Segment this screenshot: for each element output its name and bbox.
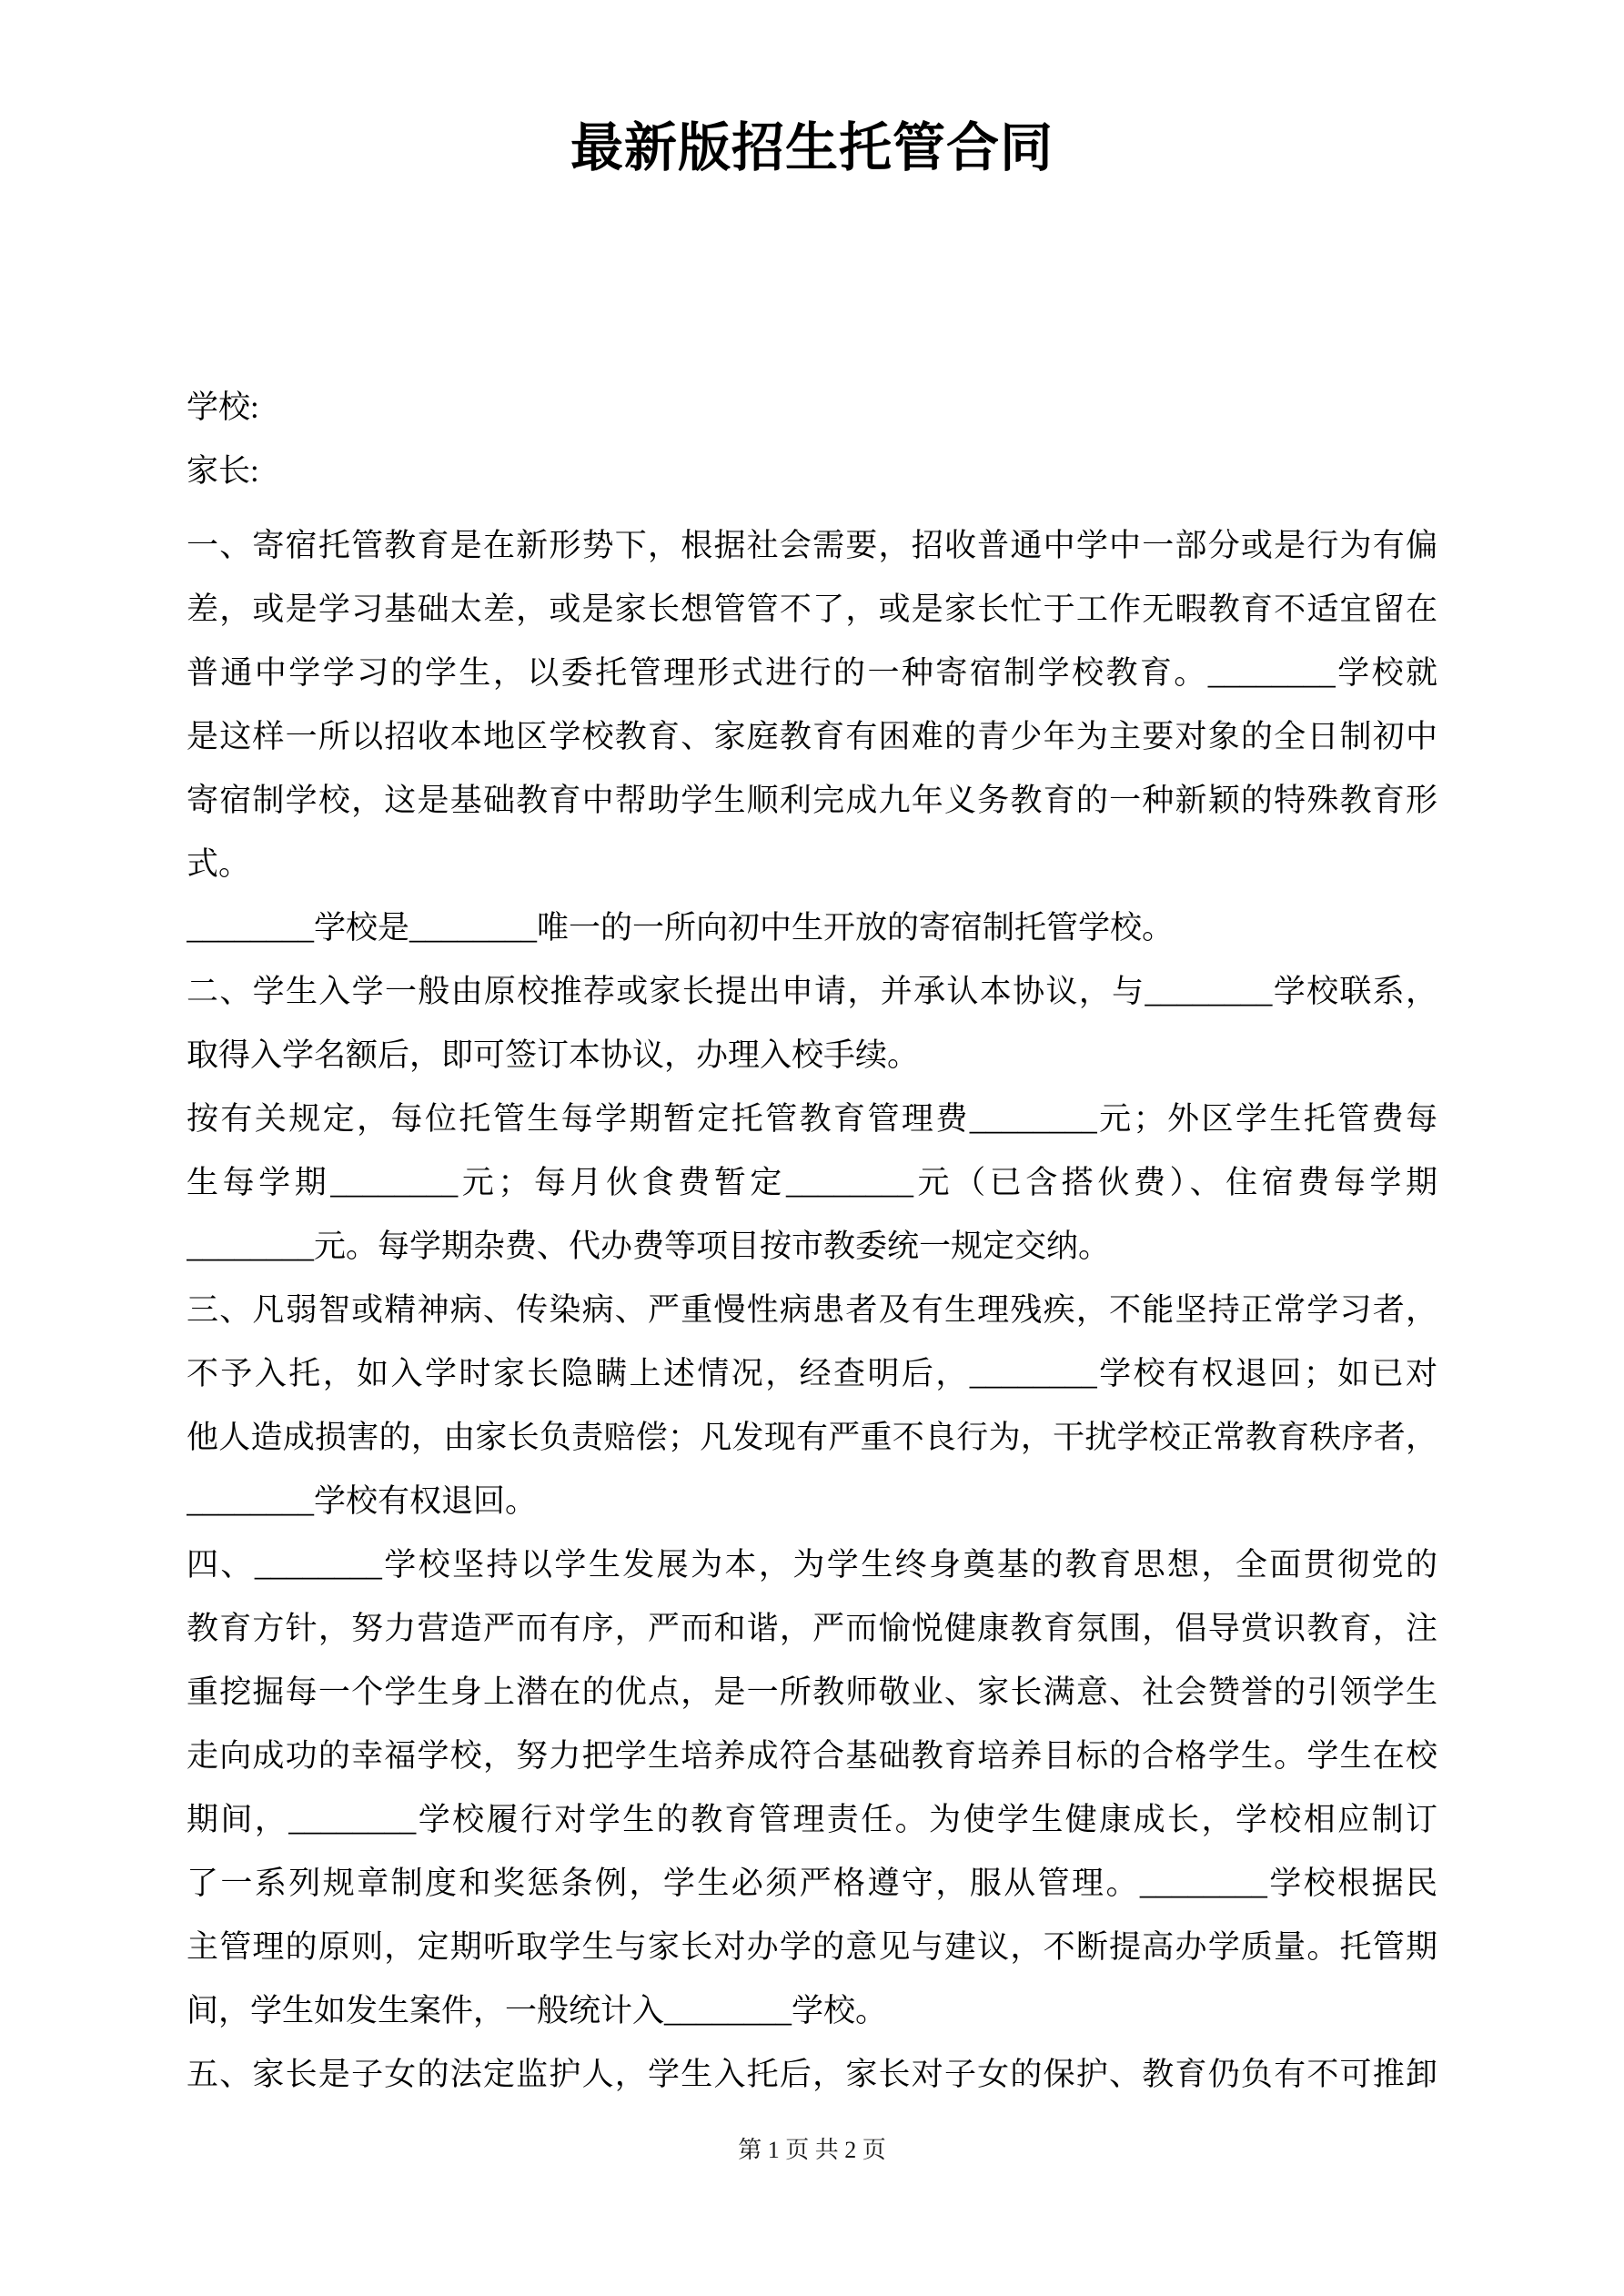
text-line: 是这样一所以招收本地区学校教育、家庭教育有困难的青少年为主要对象的全日制初中 <box>187 705 1437 769</box>
parties-block: 学校: 家长: <box>187 376 1437 503</box>
text-line: 走向成功的幸福学校，努力把学生培养成符合基础教育培养目标的合格学生。学生在校 <box>187 1725 1437 1788</box>
text-line: 不予入托，如入学时家长隐瞒上述情况，经查明后，________学校有权退回；如已… <box>187 1342 1437 1406</box>
text-line: 普通中学学习的学生，以委托管理形式进行的一种寄宿制学校教育。________学校… <box>187 642 1437 705</box>
document-page: 最新版招生托管合同 学校: 家长: 一、寄宿托管教育是在新形势下，根据社会需要，… <box>0 0 1624 2296</box>
text-line: ________学校是________唯一的一所向初中生开放的寄宿制托管学校。 <box>187 896 1437 960</box>
text-line: 寄宿制学校，这是基础教育中帮助学生顺利完成九年义务教育的一种新颖的特殊教育形 <box>187 769 1437 833</box>
text-line: 三、凡弱智或精神病、传染病、严重慢性病患者及有生理残疾，不能坚持正常学习者， <box>187 1279 1437 1342</box>
text-line: 间，学生如发生案件，一般统计入________学校。 <box>187 1979 1437 2043</box>
party-parent-label: 家长: <box>187 440 1437 503</box>
text-line: 按有关规定，每位托管生每学期暂定托管教育管理费________元；外区学生托管费… <box>187 1087 1437 1151</box>
text-line: 重挖掘每一个学生身上潜在的优点，是一所教师敬业、家长满意、社会赞誉的引领学生 <box>187 1661 1437 1725</box>
text-line: 二、学生入学一般由原校推荐或家长提出申请，并承认本协议，与________学校联… <box>187 960 1437 1024</box>
text-line: 五、家长是子女的法定监护人，学生入托后，家长对子女的保护、教育仍负有不可推卸 <box>187 2043 1437 2107</box>
party-school-label: 学校: <box>187 376 1437 440</box>
text-line: 他人造成损害的，由家长负责赔偿；凡发现有严重不良行为，干扰学校正常教育秩序者， <box>187 1406 1437 1470</box>
text-line: 主管理的原则，定期听取学生与家长对办学的意见与建议，不断提高办学质量。托管期 <box>187 1916 1437 1979</box>
text-line: 差，或是学习基础太差，或是家长想管管不了，或是家长忙于工作无暇教育不适宜留在 <box>187 578 1437 642</box>
text-line: 期间，________学校履行对学生的教育管理责任。为使学生健康成长，学校相应制… <box>187 1788 1437 1852</box>
document-title: 最新版招生托管合同 <box>187 107 1437 189</box>
text-line: ________学校有权退回。 <box>187 1470 1437 1533</box>
text-line: 一、寄宿托管教育是在新形势下，根据社会需要，招收普通中学中一部分或是行为有偏 <box>187 514 1437 578</box>
text-line: 式。 <box>187 833 1437 896</box>
page-number-label: 第 1 页 共 2 页 <box>738 2137 886 2163</box>
text-line: 了一系列规章制度和奖惩条例，学生必须严格遵守，服从管理。________学校根据… <box>187 1852 1437 1916</box>
text-line: 取得入学名额后，即可签订本协议，办理入校手续。 <box>187 1024 1437 1087</box>
document-body: 一、寄宿托管教育是在新形势下，根据社会需要，招收普通中学中一部分或是行为有偏差，… <box>187 514 1437 2107</box>
text-line: 教育方针，努力营造严而有序，严而和谐，严而愉悦健康教育氛围，倡导赏识教育，注 <box>187 1597 1437 1661</box>
text-line: ________元。每学期杂费、代办费等项目按市教委统一规定交纳。 <box>187 1215 1437 1279</box>
text-line: 四、________学校坚持以学生发展为本，为学生终身奠基的教育思想，全面贯彻党… <box>187 1533 1437 1597</box>
text-line: 生每学期________元；每月伙食费暂定________元（已含搭伙费）、住宿… <box>187 1151 1437 1215</box>
page-footer: 第 1 页 共 2 页 <box>187 2136 1437 2165</box>
